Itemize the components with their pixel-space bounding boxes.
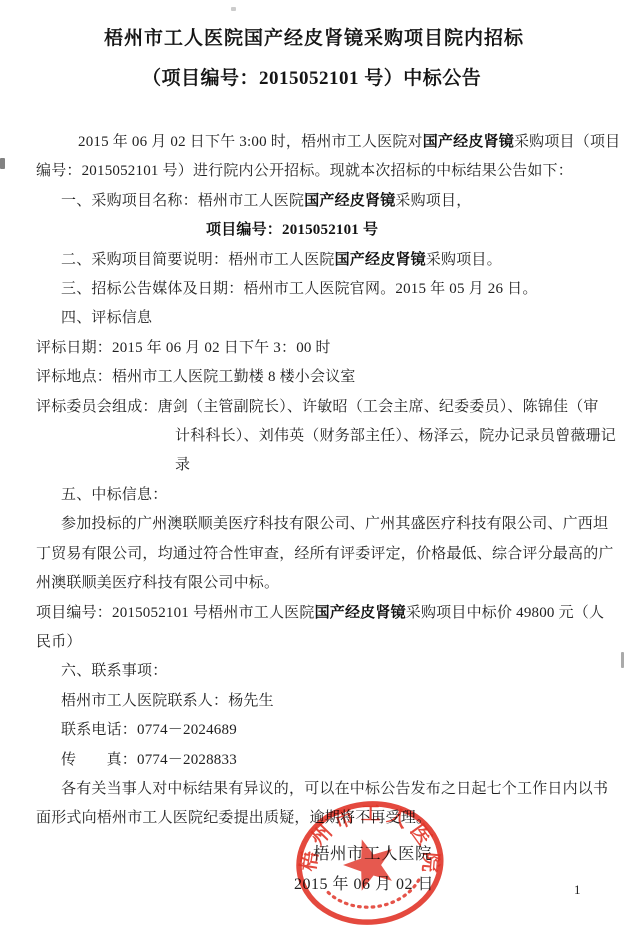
text-segment: 采购项目（项目 <box>514 134 620 150</box>
text-segment: 项目编号：2015052101 号梧州市工人医院 <box>36 605 315 621</box>
document-line: 民币） <box>36 628 592 657</box>
emphasized-text-segment: 项目编号：2015052101 号 <box>206 222 378 238</box>
text-segment: 评标委员会组成：唐剑（主管副院长）、许敏昭（工会主席、纪委委员）、陈锦佳（审 <box>36 399 599 415</box>
document-line: 评标委员会组成：唐剑（主管副院长）、许敏昭（工会主席、纪委委员）、陈锦佳（审 <box>36 393 592 422</box>
text-segment: 2015 年 06 月 02 日下午 3:00 时，梧州市工人医院对 <box>78 134 423 150</box>
text-segment: 传 真：0774－2028833 <box>61 752 237 768</box>
text-segment: 联系电话：0774－2024689 <box>61 722 237 738</box>
document-line: 三、招标公告媒体及日期：梧州市工人医院官网。2015 年 05 月 26 日。 <box>36 275 592 304</box>
emphasized-text-segment: 国产经皮肾镜 <box>315 605 406 621</box>
emphasized-text-segment: 国产经皮肾镜 <box>304 193 395 209</box>
document-line: 一、采购项目名称：梧州市工人医院国产经皮肾镜采购项目， <box>36 187 592 216</box>
text-segment: 参加投标的广州澳联顺美医疗科技有限公司、广州其盛医疗科技有限公司、广西坦 <box>61 516 608 532</box>
document-body: 2015 年 06 月 02 日下午 3:00 时，梧州市工人医院对国产经皮肾镜… <box>36 128 592 834</box>
emphasized-text-segment: 国产经皮肾镜 <box>335 252 426 268</box>
text-segment: 丁贸易有限公司，均通过符合性审查，经所有评委评定，价格最低、综合评分最高的广 <box>36 546 614 562</box>
text-segment: 评标地点：梧州市工人医院工勤楼 8 楼小会议室 <box>36 369 356 385</box>
seal-star-icon <box>341 836 396 892</box>
document-line: 录 <box>36 451 592 480</box>
official-red-seal: 梧州市工人医院 <box>286 791 455 934</box>
text-segment: 四、评标信息 <box>61 310 152 326</box>
text-segment: 评标日期：2015 年 06 月 02 日下午 3：00 时 <box>36 340 331 356</box>
emphasized-text-segment: 国产经皮肾镜 <box>423 134 514 150</box>
document-line: 项目编号：2015052101 号 <box>36 216 592 245</box>
document-subtitle: （项目编号：2015052101 号）中标公告 <box>36 66 592 92</box>
text-segment: 编号：2015052101 号）进行院内公开招标。现就本次招标的中标结果公告如下… <box>36 163 573 179</box>
document-line: 联系电话：0774－2024689 <box>36 716 592 745</box>
document-line: 评标地点：梧州市工人医院工勤楼 8 楼小会议室 <box>36 363 592 392</box>
text-segment: 采购项目。 <box>426 252 502 268</box>
document-line: 梧州市工人医院联系人：杨先生 <box>36 687 592 716</box>
seal-serial-dots <box>326 880 421 912</box>
page-number: 1 <box>574 882 581 898</box>
text-segment: 各有关当事人对中标结果有异议的，可以在中标公告发布之日起七个工作日内以书 <box>61 781 608 797</box>
document-line: 丁贸易有限公司，均通过符合性审查，经所有评委评定，价格最低、综合评分最高的广 <box>36 540 592 569</box>
scanned-document-page: 梧州市工人医院国产经皮肾镜采购项目院内招标 （项目编号：2015052101 号… <box>0 0 625 934</box>
scan-edge-artifact <box>0 158 5 169</box>
text-segment: 六、联系事项： <box>61 663 167 679</box>
text-segment: 录 <box>175 457 190 473</box>
document-line: 传 真：0774－2028833 <box>36 746 592 775</box>
document-line: 计科科长）、刘伟英（财务部主任）、杨泽云，院办记录员曾薇珊记 <box>36 422 592 451</box>
document-title: 梧州市工人医院国产经皮肾镜采购项目院内招标 <box>36 26 592 52</box>
document-content: 梧州市工人医院国产经皮肾镜采购项目院内招标 （项目编号：2015052101 号… <box>0 0 625 834</box>
text-segment: 三、招标公告媒体及日期：梧州市工人医院官网。2015 年 05 月 26 日。 <box>61 281 538 297</box>
text-segment: 州澳联顺美医疗科技有限公司中标。 <box>36 575 279 591</box>
document-line: 四、评标信息 <box>36 304 592 333</box>
document-line: 项目编号：2015052101 号梧州市工人医院国产经皮肾镜采购项目中标价 49… <box>36 599 592 628</box>
text-segment: 民币） <box>36 634 82 650</box>
text-segment: 五、中标信息： <box>61 487 167 503</box>
document-line: 参加投标的广州澳联顺美医疗科技有限公司、广州其盛医疗科技有限公司、广西坦 <box>36 510 592 539</box>
document-line: 州澳联顺美医疗科技有限公司中标。 <box>36 569 592 598</box>
text-segment: 计科科长）、刘伟英（财务部主任）、杨泽云，院办记录员曾薇珊记 <box>175 428 616 444</box>
text-segment: 采购项目， <box>395 193 471 209</box>
document-line: 六、联系事项： <box>36 657 592 686</box>
scan-edge-artifact <box>621 652 624 668</box>
document-line: 评标日期：2015 年 06 月 02 日下午 3：00 时 <box>36 334 592 363</box>
document-line: 二、采购项目简要说明：梧州市工人医院国产经皮肾镜采购项目。 <box>36 246 592 275</box>
scan-speck <box>231 7 236 11</box>
document-line: 2015 年 06 月 02 日下午 3:00 时，梧州市工人医院对国产经皮肾镜… <box>36 128 592 157</box>
text-segment: 二、采购项目简要说明：梧州市工人医院 <box>61 252 335 268</box>
text-segment: 梧州市工人医院联系人：杨先生 <box>61 693 274 709</box>
document-line: 编号：2015052101 号）进行院内公开招标。现就本次招标的中标结果公告如下… <box>36 157 592 186</box>
document-line: 五、中标信息： <box>36 481 592 510</box>
text-segment: 一、采购项目名称：梧州市工人医院 <box>61 193 304 209</box>
document-line: 各有关当事人对中标结果有异议的，可以在中标公告发布之日起七个工作日内以书 <box>36 775 592 804</box>
text-segment: 采购项目中标价 49800 元（人 <box>406 605 604 621</box>
